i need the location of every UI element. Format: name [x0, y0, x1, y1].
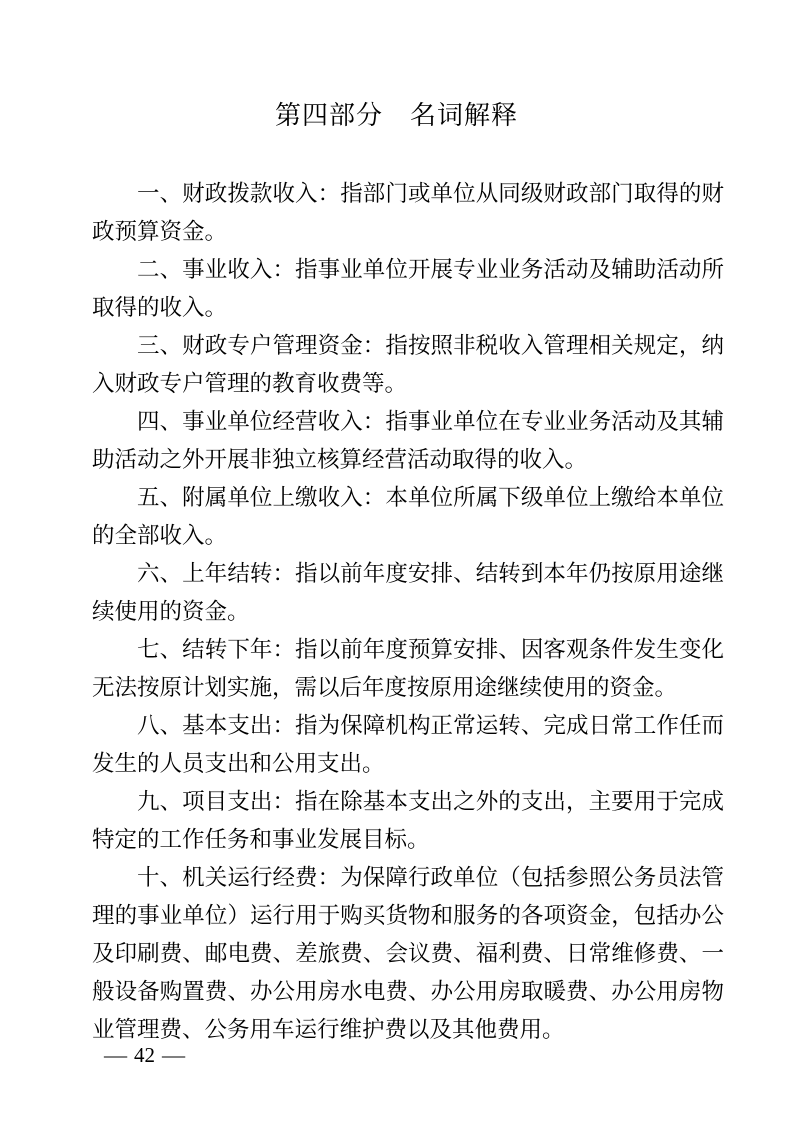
- glossary-paragraph: 三、财政专户管理资金：指按照非税收入管理相关规定，纳入财政专户管理的教育收费等。: [92, 327, 724, 403]
- glossary-paragraph: 五、附属单位上缴收入：本单位所属下级单位上缴给本单位的全部收入。: [92, 479, 724, 555]
- page-number: 42: [134, 1042, 155, 1068]
- glossary-paragraph: 七、结转下年：指以前年度预算安排、因客观条件发生变化无法按原计划实施，需以后年度…: [92, 631, 724, 707]
- footer-dash-left: —: [104, 1042, 127, 1068]
- glossary-paragraph: 一、财政拨款收入：指部门或单位从同级财政部门取得的财政预算资金。: [92, 175, 724, 251]
- glossary-paragraph: 八、基本支出：指为保障机构正常运转、完成日常工作任而发生的人员支出和公用支出。: [92, 707, 724, 783]
- glossary-paragraph: 十、机关运行经费：为保障行政单位（包括参照公务员法管理的事业单位）运行用于购买货…: [92, 859, 724, 1049]
- page-title: 第四部分 名词解释: [0, 98, 793, 132]
- glossary-paragraph: 二、事业收入：指事业单位开展专业业务活动及辅助活动所取得的收入。: [92, 251, 724, 327]
- glossary-paragraph: 四、事业单位经营收入：指事业单位在专业业务活动及其辅助活动之外开展非独立核算经营…: [92, 403, 724, 479]
- glossary-paragraph: 六、上年结转：指以前年度安排、结转到本年仍按原用途继续使用的资金。: [92, 555, 724, 631]
- glossary-content: 一、财政拨款收入：指部门或单位从同级财政部门取得的财政预算资金。二、事业收入：指…: [92, 175, 724, 1049]
- document-page: 第四部分 名词解释 一、财政拨款收入：指部门或单位从同级财政部门取得的财政预算资…: [0, 0, 793, 1122]
- footer-dash-right: —: [162, 1042, 185, 1068]
- page-footer: —42—: [97, 1042, 192, 1068]
- glossary-paragraph: 九、项目支出：指在除基本支出之外的支出，主要用于完成特定的工作任务和事业发展目标…: [92, 783, 724, 859]
